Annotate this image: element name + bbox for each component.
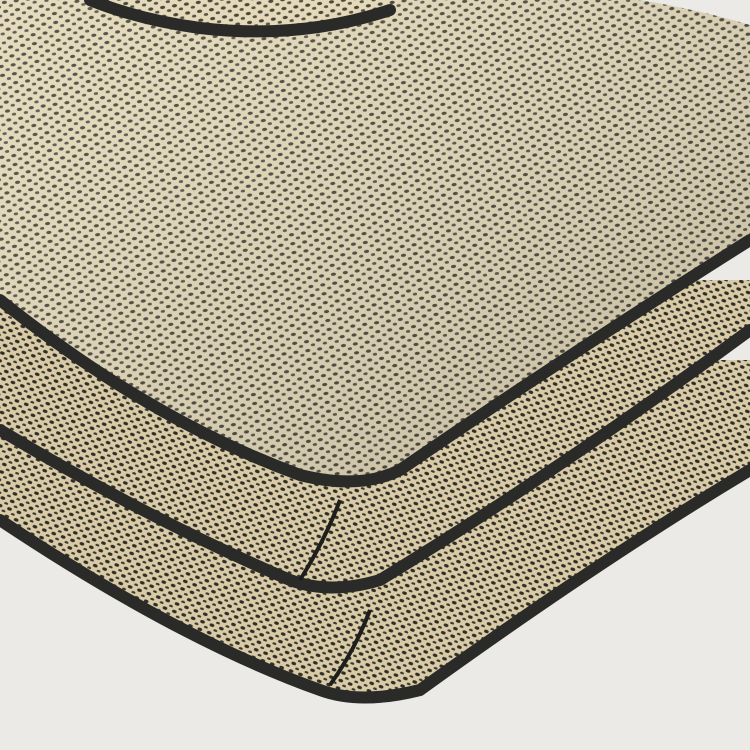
bag-photo — [0, 0, 750, 750]
photo-scene — [0, 0, 750, 750]
